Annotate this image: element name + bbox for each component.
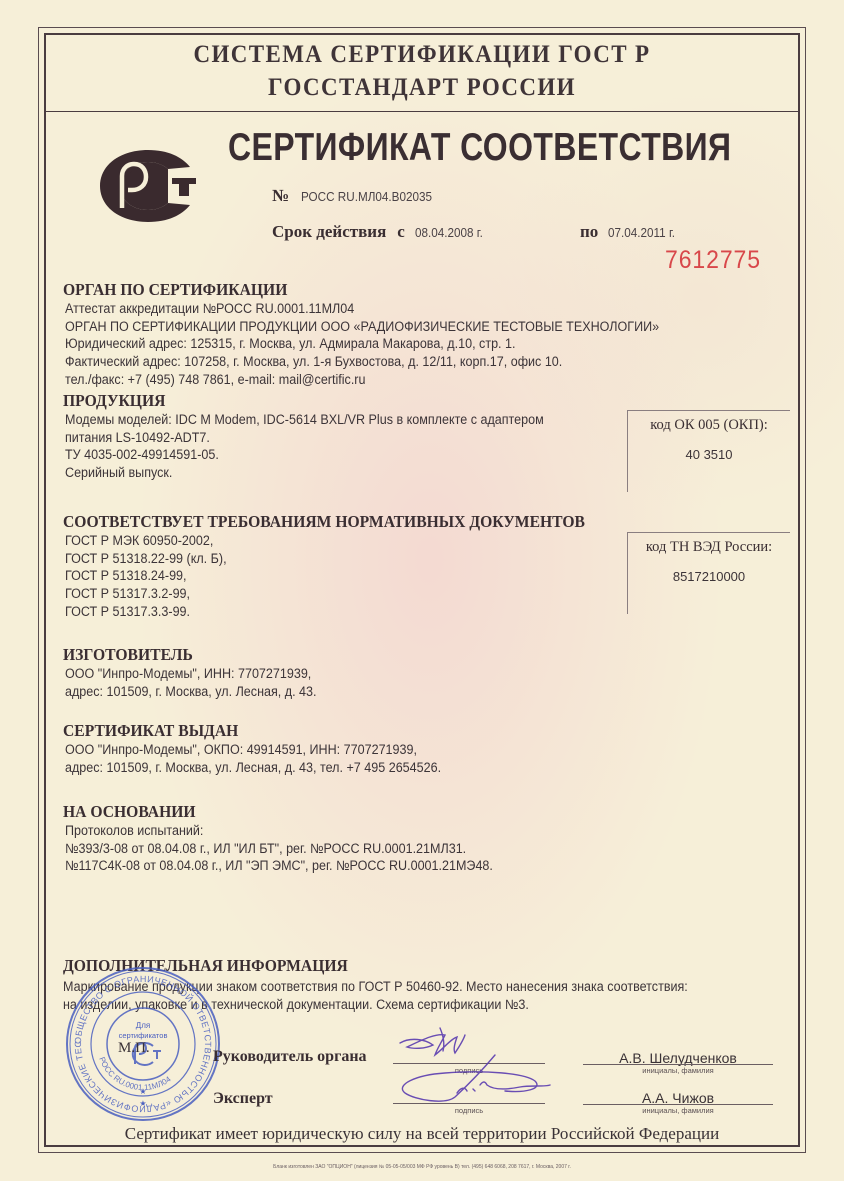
actual-address-line: Фактический адрес: 107258, г. Москва, ул… [65, 353, 659, 371]
certificate-number-row: № РОСС RU.МЛ04.В02035 [272, 186, 447, 206]
validity-to-label: по [580, 222, 598, 242]
issued-to-heading: СЕРТИФИКАТ ВЫДАН [63, 721, 238, 741]
blank-printer-microtext: Бланк изготовлен ЗАО "ОПЦИОН" (лицензия … [0, 1164, 844, 1170]
standard-item: ГОСТ Р 51318.24-99, [65, 567, 227, 585]
expert-role: Эксперт [213, 1090, 273, 1108]
blank-serial-number: 7612775 [665, 246, 761, 275]
tnved-code-value: 8517210000 [628, 569, 790, 584]
certificate-number: РОСС RU.МЛ04.В02035 [301, 189, 432, 204]
validity-to-row: по 07.04.2011 г. [580, 222, 683, 242]
product-adapter-line: питания LS-10492-ADT7. [65, 429, 544, 447]
okp-code-box: код ОК 005 (ОКП): 40 3510 [627, 410, 790, 492]
header-divider [44, 111, 800, 112]
legal-address-line: Юридический адрес: 125315, г. Москва, ул… [65, 335, 659, 353]
body-name-line: ОРГАН ПО СЕРТИФИКАЦИИ ПРОДУКЦИИ ООО «РАД… [65, 318, 659, 336]
number-label: № [272, 186, 289, 206]
standard-item: ГОСТ Р 51317.3.2-99, [65, 585, 227, 603]
seal-place-label: М.П. [118, 1040, 150, 1057]
product-heading: ПРОДУКЦИЯ [63, 391, 165, 411]
okp-code-value: 40 3510 [628, 447, 790, 462]
svg-text:сертификатов: сертификатов [119, 1031, 168, 1040]
validity-from-date: 08.04.2008 г. [415, 225, 483, 240]
system-title-line2: ГОССТАНДАРТ РОССИИ [74, 74, 770, 102]
contact-line: тел./факс: +7 (495) 748 7861, e-mail: ma… [65, 371, 659, 389]
handwritten-signatures-icon [385, 1025, 565, 1110]
tnved-code-box: код ТН ВЭД России: 8517210000 [627, 532, 790, 614]
validity-from-label: с [397, 222, 405, 242]
certificate-title: СЕРТИФИКАТ СООТВЕТСТВИЯ [228, 126, 675, 170]
basis-details: Протоколов испытаний: №393/3-08 от 08.04… [65, 822, 493, 875]
validity-to-date: 07.04.2011 г. [608, 225, 675, 240]
svg-text:Для: Для [136, 1021, 150, 1030]
svg-text:★: ★ [139, 1087, 146, 1096]
head-name-caption: инициалы, фамилия [583, 1066, 773, 1075]
issued-to-name-line: ООО "Инпро-Модемы", ОКПО: 49914591, ИНН:… [65, 741, 441, 759]
product-production-line: Серийный выпуск. [65, 464, 544, 482]
accreditation-line: Аттестат аккредитации №РОСС RU.0001.11МЛ… [65, 300, 659, 318]
product-models-line: Модемы моделей: IDC M Modem, IDC-5614 BX… [65, 411, 544, 429]
issued-to-address-line: адрес: 101509, г. Москва, ул. Лесная, д.… [65, 759, 441, 777]
manufacturer-heading: ИЗГОТОВИТЕЛЬ [63, 645, 193, 665]
standard-item: ГОСТ Р 51318.22-99 (кл. Б), [65, 550, 227, 568]
rst-gost-r-logo-icon [98, 148, 198, 224]
product-spec-line: ТУ 4035-002-49914591-05. [65, 446, 544, 464]
standard-item: ГОСТ Р МЭК 60950-2002, [65, 532, 227, 550]
test-protocol-item: №393/3-08 от 08.04.08 г., ИЛ "ИЛ БТ", ре… [65, 840, 493, 858]
svg-text:★: ★ [139, 1099, 146, 1108]
test-protocol-item: №117С4К-08 от 08.04.08 г., ИЛ "ЭП ЭМС", … [65, 857, 493, 875]
basis-heading: НА ОСНОВАНИИ [63, 802, 196, 822]
validity-row: Срок действия с 08.04.2008 г. [272, 222, 490, 242]
legal-validity-statement: Сертификат имеет юридическую силу на все… [44, 1124, 800, 1144]
head-name-line [583, 1064, 773, 1065]
head-of-body-role: Руководитель органа [213, 1048, 367, 1066]
expert-name-caption: инициалы, фамилия [583, 1106, 773, 1115]
tnved-code-label: код ТН ВЭД России: [628, 539, 790, 556]
basis-intro-line: Протоколов испытаний: [65, 822, 493, 840]
certification-body-heading: ОРГАН ПО СЕРТИФИКАЦИИ [63, 280, 287, 300]
compliance-heading: СООТВЕТСТВУЕТ ТРЕБОВАНИЯМ НОРМАТИВНЫХ ДО… [63, 512, 585, 532]
manufacturer-address-line: адрес: 101509, г. Москва, ул. Лесная, д.… [65, 683, 317, 701]
validity-label: Срок действия [272, 222, 386, 242]
standard-item: ГОСТ Р 51317.3.3-99. [65, 603, 227, 621]
manufacturer-details: ООО "Инпро-Модемы", ИНН: 7707271939, адр… [65, 665, 317, 700]
system-title-line1: СИСТЕМА СЕРТИФИКАЦИИ ГОСТ Р [74, 41, 770, 69]
product-details: Модемы моделей: IDC M Modem, IDC-5614 BX… [65, 411, 544, 482]
manufacturer-name-line: ООО "Инпро-Модемы", ИНН: 7707271939, [65, 665, 317, 683]
compliance-standards: ГОСТ Р МЭК 60950-2002, ГОСТ Р 51318.22-9… [65, 532, 227, 620]
expert-name-line [583, 1104, 773, 1105]
certification-body-details: Аттестат аккредитации №РОСС RU.0001.11МЛ… [65, 300, 659, 388]
okp-code-label: код ОК 005 (ОКП): [628, 417, 790, 434]
issued-to-details: ООО "Инпро-Модемы", ОКПО: 49914591, ИНН:… [65, 741, 441, 776]
